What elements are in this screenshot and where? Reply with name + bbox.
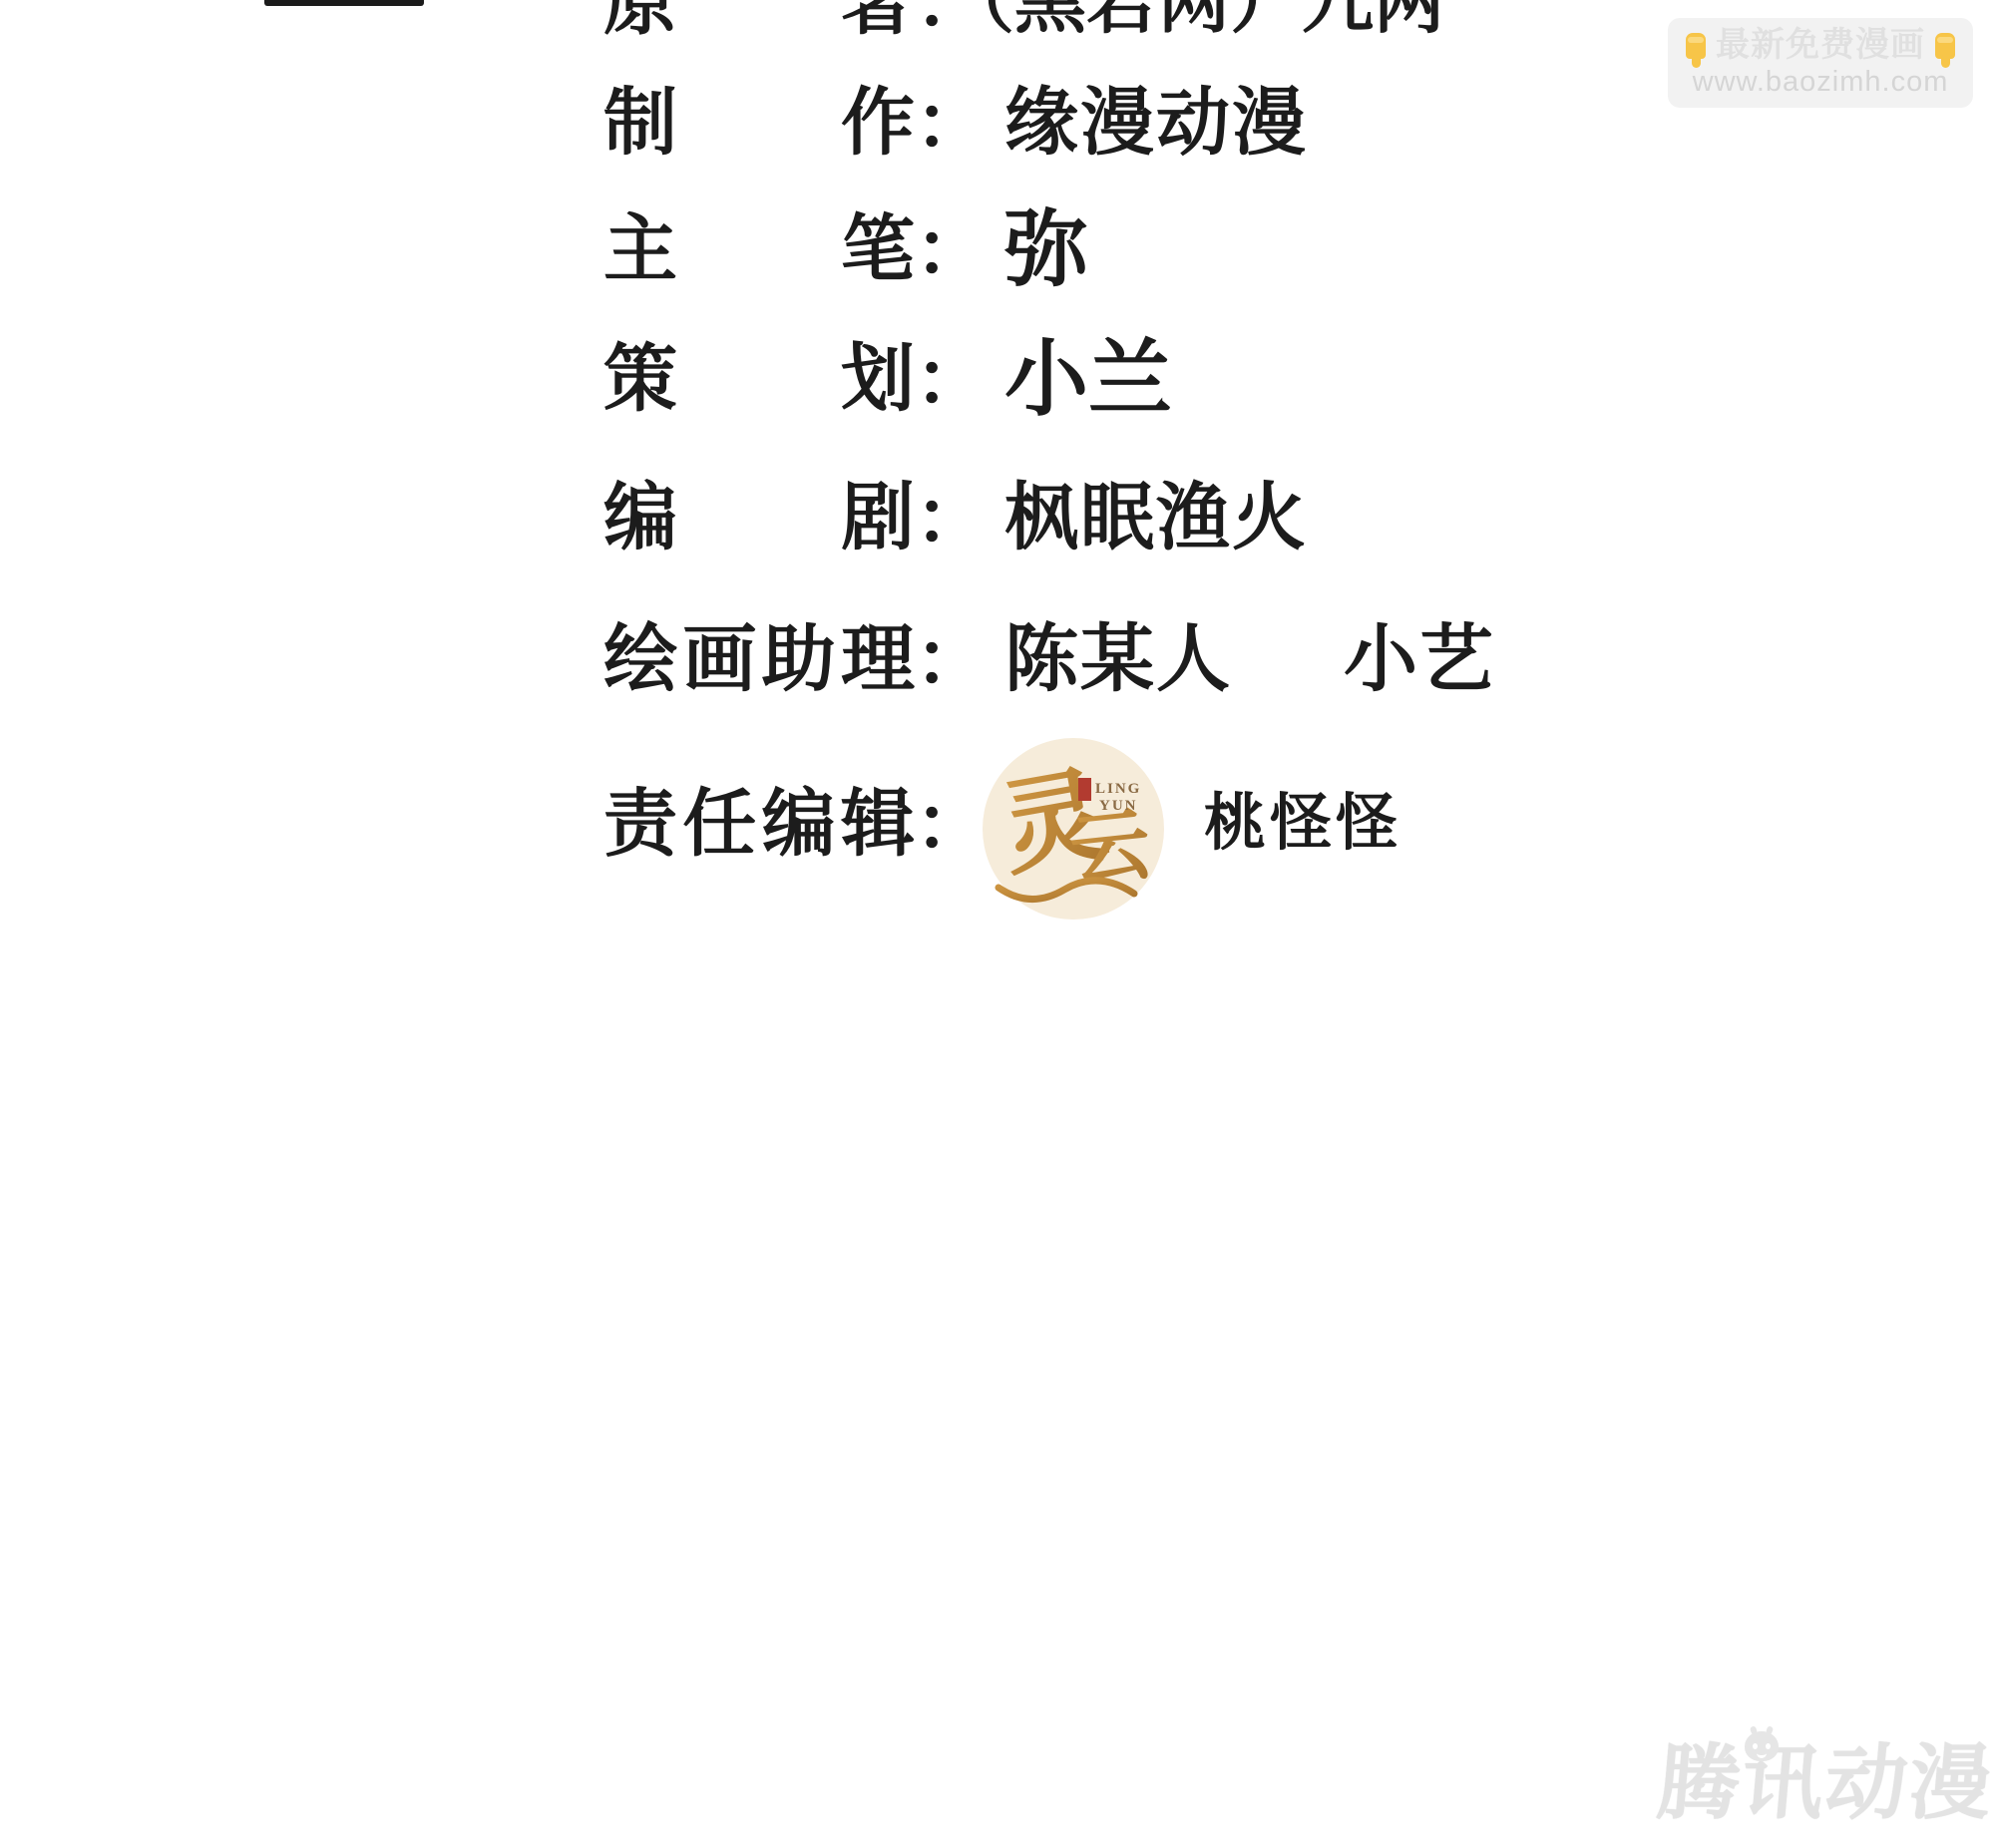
credit-label: 策划: [603, 342, 915, 416]
credit-value: 枫眠渔火: [1004, 481, 1308, 554]
comic-credits-page: { "page": { "background": "#ffffff", "te…: [0, 0, 1995, 1848]
logo-latin-yun: YUN: [1099, 798, 1138, 814]
tencent-mascot-face-icon: [1745, 1731, 1779, 1761]
tencent-comics-logo: 腾讯动漫: [1654, 1743, 1980, 1825]
watermark-text: 最新免费漫画: [1716, 27, 1925, 64]
credit-value: 弥: [1004, 207, 1088, 291]
credit-colon: ：: [915, 212, 989, 286]
credit-value: 缘漫动漫: [1004, 86, 1308, 160]
credit-row-production: 制作 ： 缘漫动漫: [603, 83, 1308, 163]
watermark-headline: 最新免费漫画: [1686, 27, 1955, 64]
credit-row-editor: 责任编辑 ： 灵 云 LING YUN 桃怪怪: [603, 784, 1401, 864]
credit-value-editor: 桃怪怪: [1204, 793, 1401, 855]
credit-colon: ：: [915, 622, 989, 696]
credit-label: 编剧: [603, 481, 915, 554]
cropped-artwork-sliver: [264, 0, 424, 6]
lingyun-logo-art: 灵 云 LING YUN: [983, 738, 1164, 920]
site-watermark: 最新免费漫画 www.baozimh.com: [1668, 18, 1973, 108]
credit-colon: ：: [915, 787, 989, 861]
credit-row-original-author: 原著 ： （黑岩网）九两: [603, 0, 1445, 42]
credit-label: 绘画助理: [603, 622, 915, 696]
credit-row-art-assistants: 绘画助理 ： 陈某人 小艺: [603, 619, 1495, 699]
credit-value: 小兰: [1004, 337, 1172, 421]
credit-label: 主笔: [603, 212, 915, 286]
credit-colon: ：: [915, 481, 989, 554]
credit-row-planner: 策划 ： 小兰: [603, 339, 1172, 419]
credit-label: 原著: [603, 0, 915, 39]
credit-label: 制作: [603, 86, 915, 160]
logo-latin-ling: LING: [1095, 781, 1141, 797]
credit-row-screenwriter: 编剧 ： 枫眠渔火: [603, 478, 1308, 557]
logo-red-seal: [1078, 778, 1091, 801]
credit-label: 责任编辑: [603, 787, 915, 861]
credit-value-assistant-1: 陈某人: [1004, 622, 1232, 696]
credit-value-assistant-2: 小艺: [1344, 622, 1495, 696]
credit-colon: ：: [915, 342, 989, 416]
lingyun-studio-logo: 灵 云 LING YUN: [983, 738, 1164, 920]
credit-row-lead-artist: 主笔 ： 弥: [603, 209, 1088, 289]
point-down-icon: [1686, 33, 1706, 59]
point-down-icon: [1935, 33, 1955, 59]
watermark-url: www.baozimh.com: [1693, 67, 1949, 99]
credit-colon: ：: [915, 86, 989, 160]
credit-value: （黑岩网）九两: [943, 0, 1445, 38]
